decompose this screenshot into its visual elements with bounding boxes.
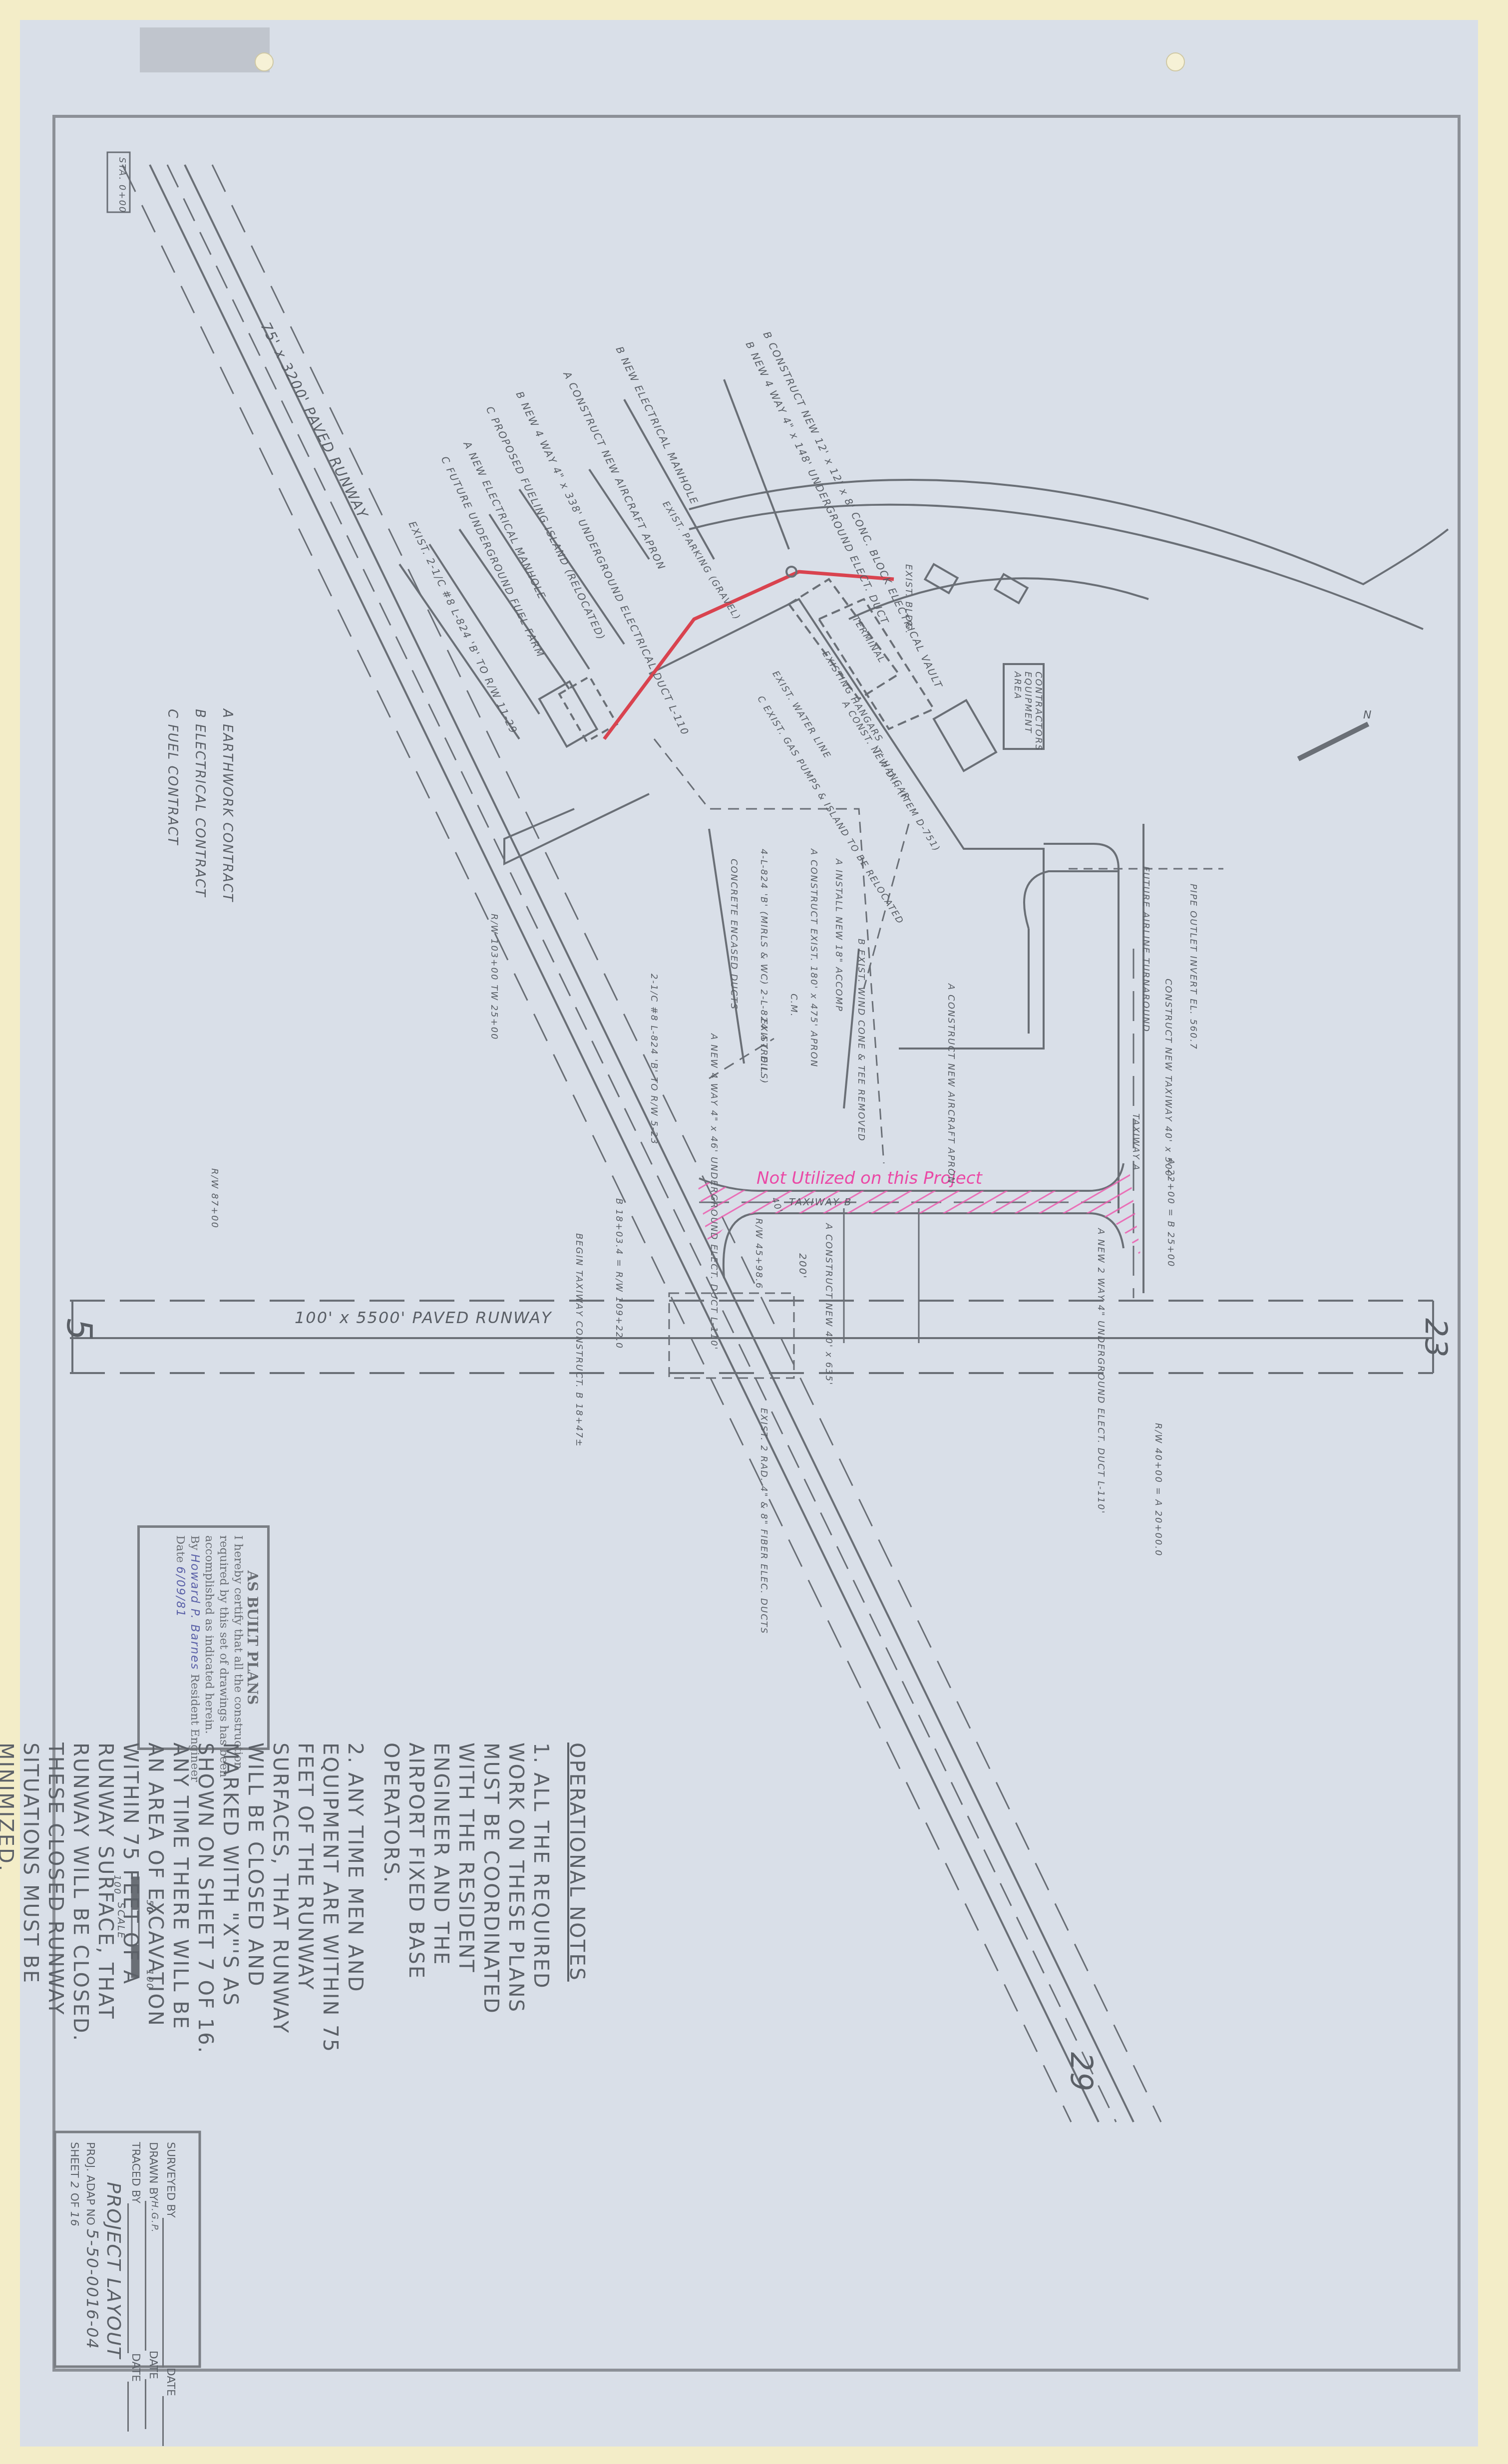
scale-label: SCALE xyxy=(115,1902,127,1939)
station-label: R/W 40+00 = A 20+00.0 xyxy=(1153,1423,1163,1557)
drawing-sheet: 5 23 29 100' x 5500' PAVED RUNWAY 75' x … xyxy=(0,0,1508,2464)
callout: EXIST. 2 RAD. 4" & 8" FIBER ELEC. DUCTS xyxy=(758,1408,769,1634)
legend-item-fuel: C FUEL CONTRACT xyxy=(165,709,180,845)
exist-bldg-label: EXIST. BLDG. xyxy=(903,564,914,635)
turnaround-note: FUTURE AIRLINE TURNAROUND xyxy=(1140,866,1151,1033)
sheet-row: SHEET 2 OF 16 xyxy=(66,2142,82,2446)
scale-tick: 100 xyxy=(112,1875,122,1895)
callout: 2-1/C #8 L-824 'B' TO R/W 5-23 xyxy=(649,974,659,1145)
callout: B EXIST. WIND CONE & TEE REMOVED xyxy=(856,939,866,1142)
runway-end-23: 23 xyxy=(1418,1318,1453,1358)
station-label: BEGIN TAXIWAY CONSTRUCT. B 18+47± xyxy=(574,1233,584,1447)
station-label: R/W 87+00 xyxy=(209,1168,220,1229)
title-block: SURVEYED BYDATE DRAWN BYH.G.P.DATE TRACE… xyxy=(66,2142,180,2446)
callout: EXIST. D.I. xyxy=(758,1019,769,1075)
operational-notes: OPERATIONAL NOTES 1. ALL THE REQUIRED WO… xyxy=(0,1743,589,2062)
runway-end-29: 29 xyxy=(1064,2052,1099,2092)
legend-item-electrical: B ELECTRICAL CONTRACT xyxy=(192,709,207,898)
project-number: 5-50-0016-04 xyxy=(83,2229,102,2350)
scale-tick: 100 xyxy=(144,1970,155,1990)
callout: A CONSTRUCT NEW AIRCRAFT APRON xyxy=(946,984,956,1184)
drawing-title: PROJECT LAYOUT xyxy=(100,2142,127,2446)
pipe-outlet-note: PIPE OUTLET INVERT EL. 560.7 xyxy=(1188,884,1198,1050)
callout: C.M. xyxy=(788,994,799,1018)
callout: A NEW 4 WAY 4" x 46' UNDERGROUND ELECT. … xyxy=(709,1034,719,1351)
legend-item-earthwork: A EARTHWORK CONTRACT xyxy=(220,709,235,902)
corner-stamp: STA. 0+00 xyxy=(117,157,127,213)
callout: A INSTALL NEW 18" ACCOMP xyxy=(833,859,844,1012)
taxiway-a-note: CONSTRUCT NEW TAXIWAY 40' x 500' xyxy=(1163,979,1173,1180)
note-item: 2. ANY TIME MEN AND EQUIPMENT ARE WITHIN… xyxy=(0,1743,368,2062)
as-built-heading: AS BUILT PLANS xyxy=(245,1535,260,1740)
station-label: A 22+00 = B 25+00 xyxy=(1165,1158,1176,1267)
note-item: 1. ALL THE REQUIRED WORK ON THESE PLANS … xyxy=(378,1743,553,2062)
traced-by-row: TRACED BYDATE xyxy=(127,2142,145,2446)
station-label: R/W 103+00 TW 25+00 xyxy=(489,914,499,1041)
as-built-date: 6/09/81 xyxy=(174,1566,187,1618)
taxiway-b-label: TAXIWAY B xyxy=(789,1196,852,1208)
main-runway-label: 100' x 5500' PAVED RUNWAY xyxy=(295,1308,552,1327)
callout: A CONSTRUCT EXIST. 180' x 475' APRON xyxy=(808,849,819,1067)
taxiway-a-label: TAXIWAY A xyxy=(1131,1113,1141,1171)
drawn-by-row: DRAWN BYH.G.P.DATE xyxy=(145,2142,162,2446)
signature: Howard P. Barnes xyxy=(188,1554,201,1670)
callout: A NEW 2 WAY 4" UNDERGROUND ELECT. DUCT L… xyxy=(1096,1228,1106,1514)
callout: CONCRETE ENCASED DUCTS xyxy=(729,859,739,1010)
surveyed-by-row: SURVEYED BYDATE xyxy=(162,2142,180,2446)
station-label: B 18+03.4 = R/W 109+22.0 xyxy=(614,1198,624,1349)
notes-heading: OPERATIONAL NOTES xyxy=(564,1743,589,2062)
north-arrow-label: N xyxy=(1363,709,1372,721)
taxiway-b-offset: 200' xyxy=(797,1253,809,1279)
scale-tick: 0 xyxy=(144,1907,155,1914)
callout: A CONSTRUCT NEW 40' x 635' xyxy=(823,1223,834,1386)
runway-end-5: 5 xyxy=(59,1318,100,1342)
station-label: R/W 45+98.6 xyxy=(754,1218,764,1289)
contractors-area-label: CONTRACTORS EQUIPMENT AREA xyxy=(1012,672,1044,746)
project-row: PROJ. ADAP NO 5-50-0016-04 xyxy=(82,2142,100,2446)
